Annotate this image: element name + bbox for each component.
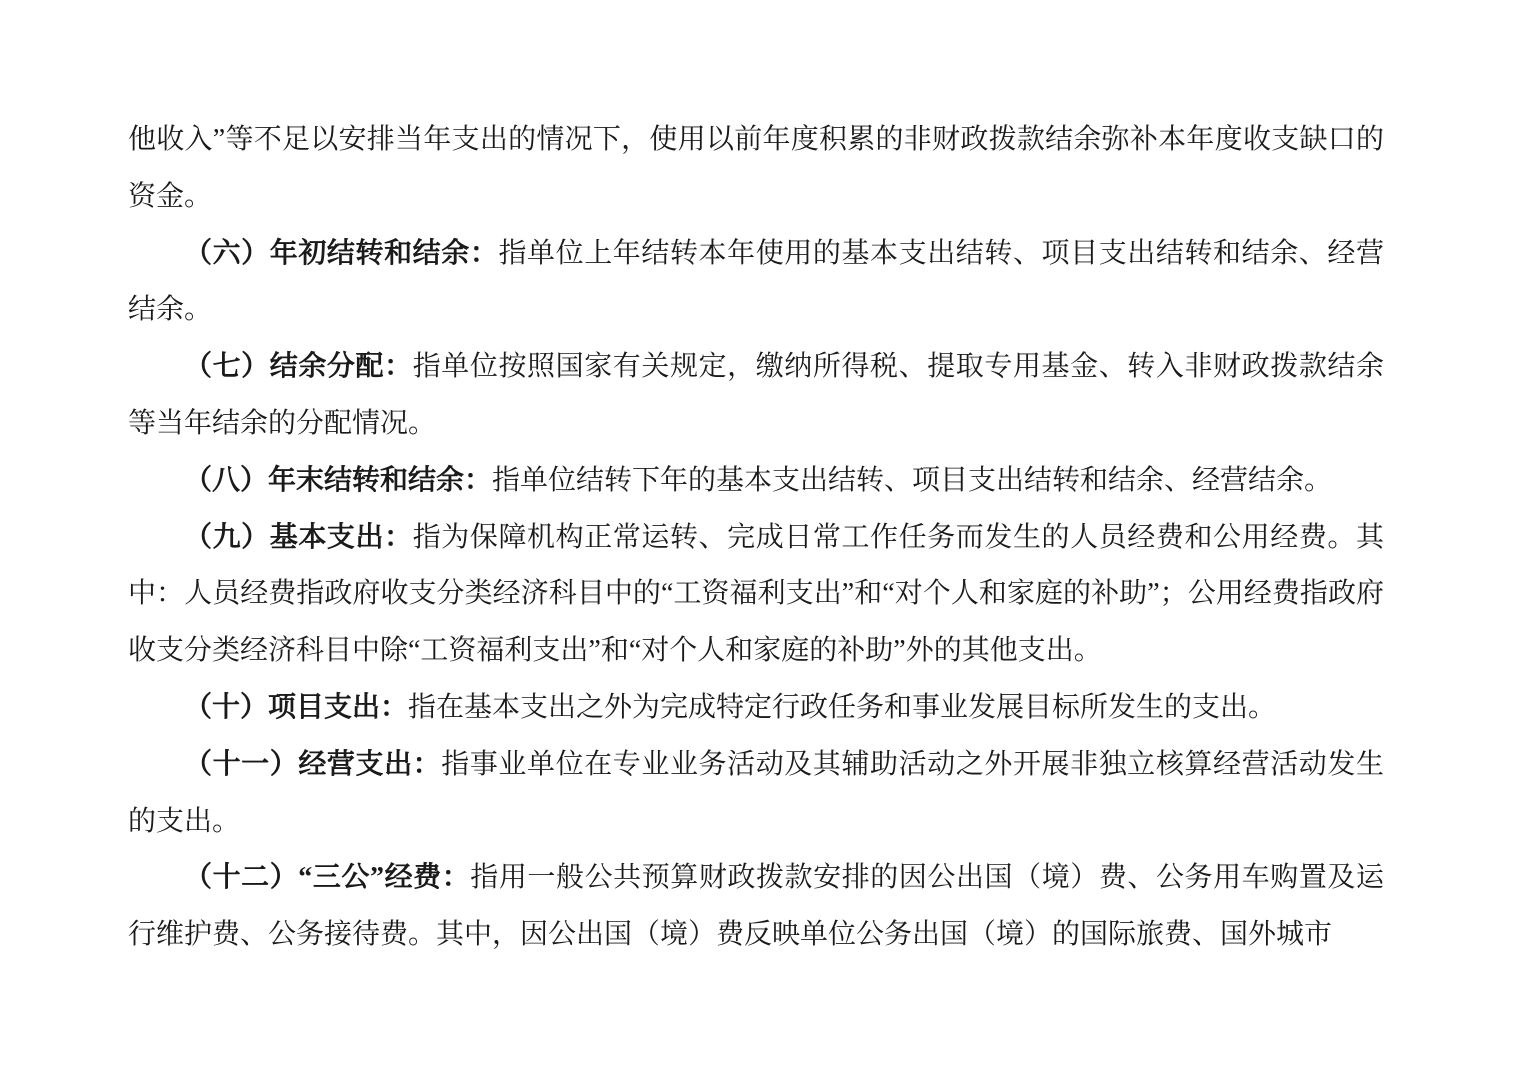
paragraph-item-8: （八）年末结转和结余：指单位结转下年的基本支出结转、项目支出结转和结余、经营结余… (128, 453, 1384, 510)
paragraph-term: （九）基本支出： (184, 522, 413, 553)
paragraph-term: （七）结余分配： (184, 351, 413, 382)
paragraph-item-6: （六）年初结转和结余：指单位上年结转本年使用的基本支出结转、项目支出结转和结余、… (128, 226, 1384, 340)
paragraph-term: （八）年末结转和结余： (184, 465, 492, 496)
paragraph-item-7: （七）结余分配：指单位按照国家有关规定，缴纳所得税、提取专用基金、转入非财政拨款… (128, 339, 1384, 453)
paragraph-body: 指在基本支出之外为完成特定行政任务和事业发展目标所发生的支出。 (408, 692, 1276, 723)
paragraph-term: （十二）“三公”经费： (184, 862, 470, 893)
paragraph-term: （六）年初结转和结余： (184, 238, 498, 269)
paragraph-item-12: （十二）“三公”经费：指用一般公共预算财政拨款安排的因公出国（境）费、公务用车购… (128, 850, 1384, 964)
paragraph-item-9: （九）基本支出：指为保障机构正常运转、完成日常工作任务而发生的人员经费和公用经费… (128, 510, 1384, 680)
paragraph-term: （十）项目支出： (184, 692, 408, 723)
paragraph-item-11: （十一）经营支出：指事业单位在专业业务活动及其辅助活动之外开展非独立核算经营活动… (128, 737, 1384, 851)
paragraph-item-10: （十）项目支出：指在基本支出之外为完成特定行政任务和事业发展目标所发生的支出。 (128, 680, 1384, 737)
paragraph-term: （十一）经营支出： (184, 749, 441, 780)
paragraph-continuation: 他收入”等不足以安排当年支出的情况下，使用以前年度积累的非财政拨款结余弥补本年度… (128, 112, 1384, 226)
paragraph-body: 指单位结转下年的基本支出结转、项目支出结转和结余、经营结余。 (492, 465, 1332, 496)
paragraph-body: 他收入”等不足以安排当年支出的情况下，使用以前年度积累的非财政拨款结余弥补本年度… (128, 124, 1384, 212)
document-page: 他收入”等不足以安排当年支出的情况下，使用以前年度积累的非财政拨款结余弥补本年度… (128, 112, 1384, 964)
